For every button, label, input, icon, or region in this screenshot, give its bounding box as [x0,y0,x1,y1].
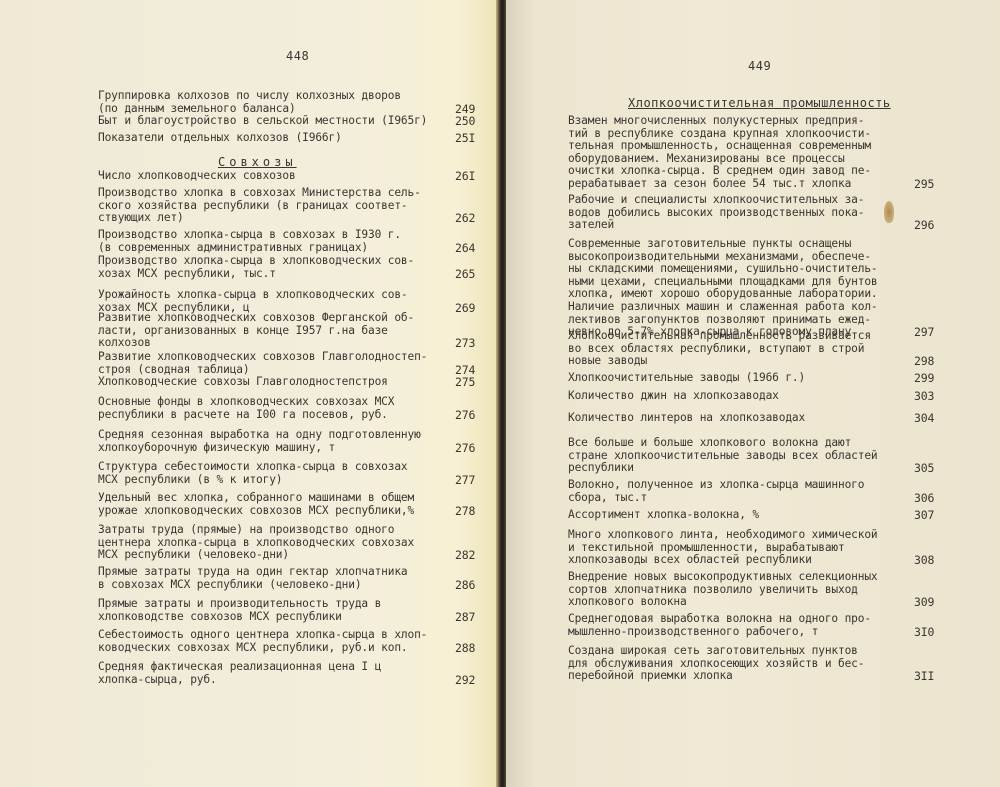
toc-entry: Структура себестоимости хлопка-сырца в с… [98,461,408,486]
toc-entry-page: 264 [455,242,475,255]
toc-entry-title: Себестоимость одного центнера хлопка-сыр… [98,629,427,654]
toc-entry: Производство хлопка-сырца в совхозах в I… [98,229,401,254]
toc-entry: Производство хлопка-сырца в хлопководчес… [98,255,414,280]
left-page: 448 Совхозы Группировка колхозов по числ… [0,0,498,787]
section-heading: Совхозы [218,155,297,169]
page-number: 449 [748,59,771,73]
toc-entry-title: Основные фонды в хлопководческих совхоза… [98,396,394,421]
toc-entry-title: Прямые затраты труда на один гектар хлоп… [98,566,408,591]
toc-entry: Хлопководческие совхозы Главголодностепс… [98,376,388,389]
toc-entry: Себестоимость одного центнера хлопка-сыр… [98,629,427,654]
toc-entry-page: 265 [455,268,475,281]
toc-entry-title: Развитие хлопководческих совхозов Главго… [98,351,427,376]
toc-entry: Быт и благоустройство в сельской местнос… [98,115,427,128]
toc-entry-page: 275 [455,376,475,389]
toc-entry-page: 306 [914,492,934,505]
page-number: 448 [286,49,309,63]
toc-entry: Хлопкоочистительные заводы (1966 г.)299 [568,372,805,385]
toc-entry: Прямые затраты и производительность труд… [98,598,381,623]
toc-entry-title: Число хлопководческих совхозов [98,170,296,183]
toc-entry-page: 297 [914,326,934,339]
toc-entry-page: 269 [455,302,475,315]
toc-entry-page: 305 [914,462,934,475]
toc-entry: Развитие хлопководческих совхозов Ферган… [98,312,414,350]
toc-entry-title: Хлопкоочистительные заводы (1966 г.) [568,372,805,385]
toc-entry: Средняя фактическая реализационная цена … [98,661,381,686]
toc-entry-page: 304 [914,412,934,425]
toc-entry: Создана широкая сеть заготовительных пун… [568,645,864,683]
book-spread: 448 Совхозы Группировка колхозов по числ… [0,0,1000,787]
toc-entry: Количество линтеров на хлопкозаводах304 [568,412,805,425]
toc-entry-page: 276 [455,409,475,422]
toc-entry: Показатели отдельных колхозов (I966г)25I [98,132,342,145]
toc-entry-title: Средняя сезонная выработка на одну подго… [98,429,421,454]
toc-entry-page: 277 [455,474,475,487]
toc-entry-page: 309 [914,596,934,609]
toc-entry-title: Прямые затраты и производительность труд… [98,598,381,623]
toc-entry: Взамен многочисленных полукустерных пред… [568,115,871,191]
toc-entry: Число хлопководческих совхозов26I [98,170,296,183]
toc-entry-title: Развитие хлопководческих совхозов Ферган… [98,312,414,350]
toc-entry-page: 292 [455,674,475,687]
toc-entry-title: Производство хлопка-сырца в хлопководчес… [98,255,414,280]
toc-entry-page: 3I0 [914,626,934,639]
toc-entry-page: 295 [914,178,934,191]
toc-entry-title: Средняя фактическая реализационная цена … [98,661,381,686]
toc-entry: Ассортимент хлопка-волокна, %307 [568,509,759,522]
toc-entry-title: Среднегодовая выработка волокна на одног… [568,613,871,638]
toc-entry: Развитие хлопководческих совхозов Главго… [98,351,427,376]
toc-entry-page: 286 [455,579,475,592]
toc-entry: Хлопкоочистительная промышленность разви… [568,330,871,368]
toc-entry: Волокно, полученное из хлопка-сырца маши… [568,479,864,504]
toc-entry-title: Производство хлопка в совхозах Министерс… [98,187,421,225]
toc-entry: Количество джин на хлопкозаводах303 [568,390,779,403]
toc-entry-page: 287 [455,611,475,624]
toc-entry: Затраты труда (прямые) на производство о… [98,524,414,562]
toc-entry-page: 273 [455,337,475,350]
toc-entry: Все больше и больше хлопкового волокна д… [568,437,878,475]
toc-entry: Среднегодовая выработка волокна на одног… [568,613,871,638]
toc-entry-title: Количество джин на хлопкозаводах [568,390,779,403]
toc-entry: Внедрение новых высокопродуктивных селек… [568,571,878,609]
toc-entry-title: Показатели отдельных колхозов (I966г) [98,132,342,145]
right-page: 449 Хлопкоочистительная промышленность В… [506,0,1000,787]
toc-entry: Прямые затраты труда на один гектар хлоп… [98,566,408,591]
toc-entry-title: Рабочие и специалисты хлопкоочистительны… [568,194,864,232]
toc-entry-title: Много хлопкового линта, необходимого хим… [568,529,878,567]
toc-entry-page: 303 [914,390,934,403]
toc-entry-title: Удельный вес хлопка, собранного машинами… [98,492,414,517]
toc-entry: Современные заготовительные пункты оснащ… [568,238,878,339]
toc-entry-title: Группировка колхозов по числу колхозных … [98,90,401,115]
toc-entry-page: 282 [455,549,475,562]
toc-entry-title: Взамен многочисленных полукустерных пред… [568,115,871,191]
toc-entry: Группировка колхозов по числу колхозных … [98,90,401,115]
toc-entry: Много хлопкового линта, необходимого хим… [568,529,878,567]
toc-entry-title: Производство хлопка-сырца в совхозах в I… [98,229,401,254]
toc-entry: Средняя сезонная выработка на одну подго… [98,429,421,454]
toc-entry-title: Хлопководческие совхозы Главголодностепс… [98,376,388,389]
toc-entry-title: Волокно, полученное из хлопка-сырца маши… [568,479,864,504]
toc-entry-title: Быт и благоустройство в сельской местнос… [98,115,427,128]
toc-entry-page: 26I [455,170,475,183]
toc-entry-page: 298 [914,355,934,368]
toc-entry-page: 308 [914,554,934,567]
paper-stain [884,201,894,223]
toc-entry-title: Количество линтеров на хлопкозаводах [568,412,805,425]
section-heading: Хлопкоочистительная промышленность [628,96,891,110]
toc-entry-title: Ассортимент хлопка-волокна, % [568,509,759,522]
toc-entry-page: 278 [455,505,475,518]
toc-entry: Производство хлопка в совхозах Министерс… [98,187,421,225]
toc-entry-page: 288 [455,642,475,655]
toc-entry-title: Внедрение новых высокопродуктивных селек… [568,571,878,609]
toc-entry-title: Хлопкоочистительная промышленность разви… [568,330,871,368]
toc-entry-page: 3II [914,670,934,683]
toc-entry-title: Структура себестоимости хлопка-сырца в с… [98,461,408,486]
toc-entry: Удельный вес хлопка, собранного машинами… [98,492,414,517]
toc-entry-title: Современные заготовительные пункты оснащ… [568,238,878,339]
toc-entry-page: 262 [455,212,475,225]
toc-entry-page: 299 [914,372,934,385]
toc-entry-title: Создана широкая сеть заготовительных пун… [568,645,864,683]
toc-entry: Основные фонды в хлопководческих совхоза… [98,396,394,421]
toc-entry-page: 25I [455,132,475,145]
toc-entry-title: Все больше и больше хлопкового волокна д… [568,437,878,475]
toc-entry-page: 307 [914,509,934,522]
toc-entry: Рабочие и специалисты хлопкоочистительны… [568,194,864,232]
toc-entry-page: 250 [455,115,475,128]
toc-entry-page: 276 [455,442,475,455]
toc-entry-page: 296 [914,219,934,232]
toc-entry-title: Затраты труда (прямые) на производство о… [98,524,414,562]
